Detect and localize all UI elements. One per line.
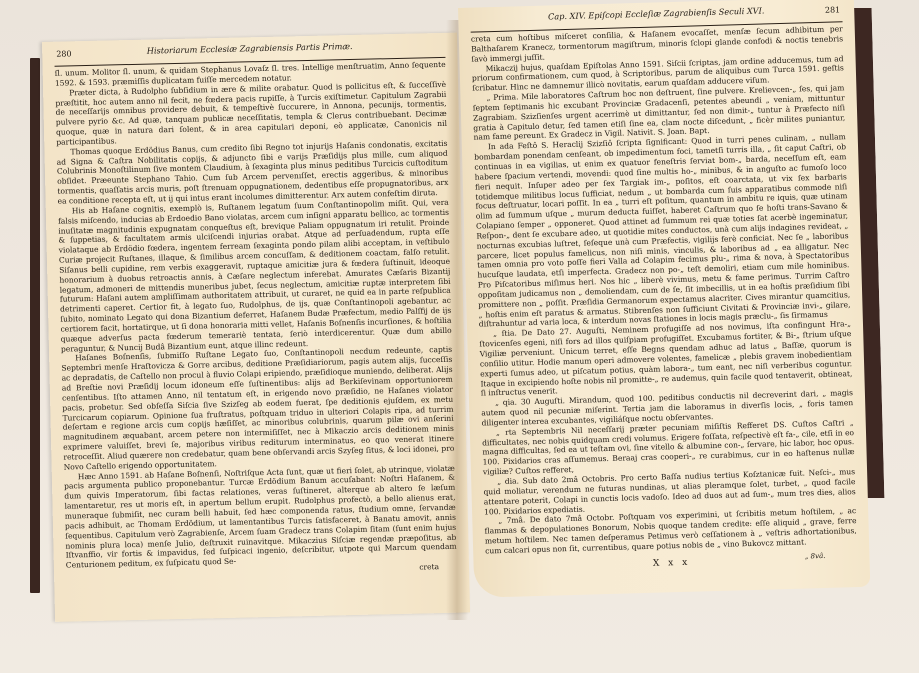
book-cover-left-edge: [30, 58, 40, 593]
paragraph: Thomas quoque Erdödius Banus, cum credit…: [56, 139, 448, 207]
page-number-right: 281: [825, 5, 841, 14]
running-head-title-right: Cap. XIV. Epiſcopi Eccleſiæ Zagrabienſis…: [548, 5, 765, 21]
paragraph: Haſanes Boſnenſis, ſubmiſſo Ruſtane Lega…: [61, 345, 455, 472]
paragraph: Hæc Anno 1591. ab Haſane Boſnenſi, Noſtr…: [64, 463, 457, 570]
left-page-body: ſl. unum. Molitor ſl. unum, & quidam Ste…: [43, 60, 470, 581]
paragraph: „ ſtia. De Dato 27. Auguſti, Neminem pro…: [479, 319, 853, 398]
catchword-right: „ 8vâ.: [805, 552, 826, 561]
paragraph: Præter dicta, à Rudolpho ſubſidium in ær…: [55, 80, 447, 148]
signature-mark: X x x: [486, 554, 858, 574]
running-head-title-left: Historiarum Ecclesiæ Zagrabiensis Partis…: [147, 41, 353, 56]
paragraph: His ab Haſane cognitis, exemplò is, Ruſt…: [58, 198, 452, 354]
right-page: Cap. XIV. Epiſcopi Eccleſiæ Zagrabienſis…: [458, 0, 870, 598]
paragraph: In ada Feſtô S. Heraclij Szizſiô ſcripta…: [474, 133, 851, 330]
right-page-body: creta cum hoſtibus miſceret conſilia, & …: [459, 24, 870, 574]
page-number-left: 280: [56, 49, 71, 58]
left-page: 280 Historiarum Ecclesiæ Zagrabiensis Pa…: [42, 33, 470, 622]
